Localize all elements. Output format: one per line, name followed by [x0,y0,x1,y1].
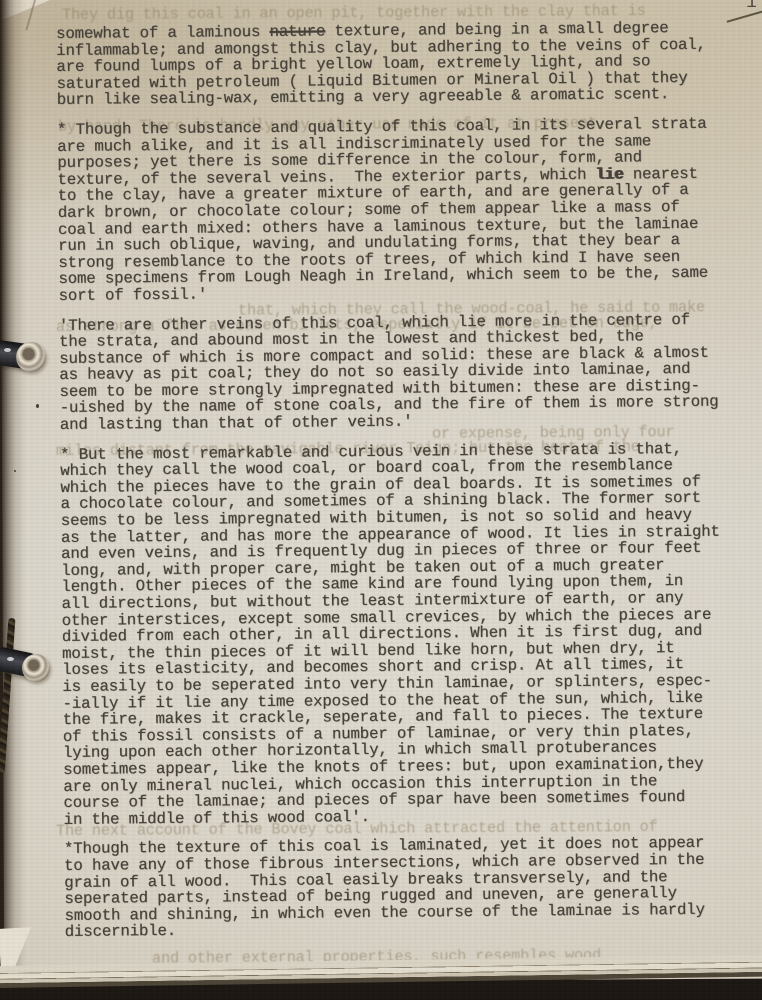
binder-post-bottom-highlight [7,657,14,661]
paragraph: *Though the texture of this coal is lami… [64,835,761,941]
paper-speck [36,404,39,408]
paragraph: 'There are other veins of this coal, whi… [59,311,756,434]
paragraph: * Though the substance and quality of th… [57,115,755,304]
photographed-page: They dig this coal in an open pit, toget… [0,0,762,1000]
binder-grommet-top [16,342,46,372]
binder-post-top-highlight [4,348,11,352]
gutter-shadow [0,0,26,984]
typed-line: burn like sealing-wax, emitting a very a… [57,86,753,109]
page-number: 1 [746,0,758,13]
binder-grommet-bottom [22,654,50,682]
typed-text: somewhat of a laminous nature texture, a… [56,19,761,954]
paper-speck [14,470,16,472]
paragraph: somewhat of a laminous nature texture, a… [56,19,753,109]
paragraph: * But the most remarkable and curious ve… [60,440,760,828]
